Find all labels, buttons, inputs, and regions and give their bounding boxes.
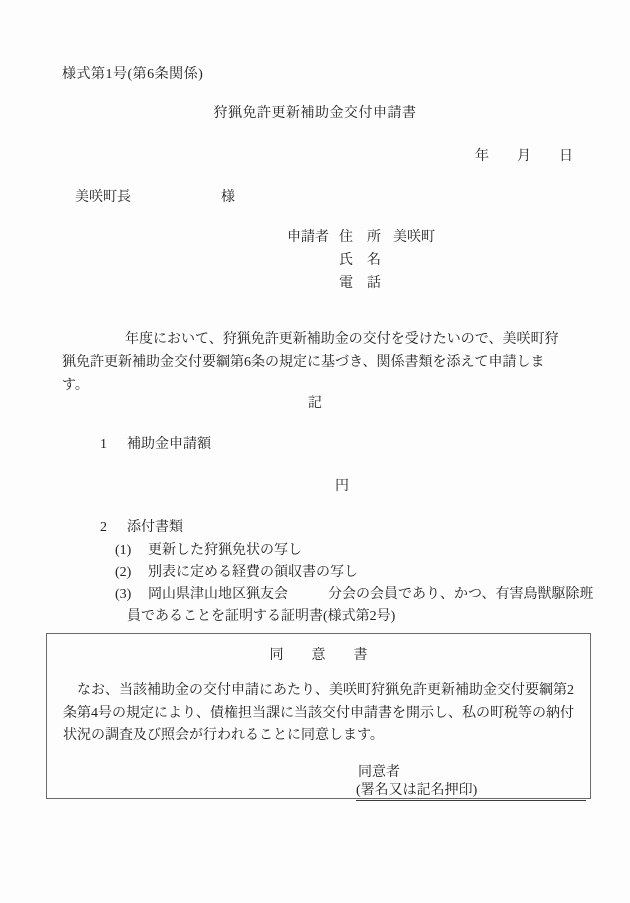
- applicant-row-phone: 電 話: [287, 272, 435, 295]
- signer-label: 同意者: [358, 761, 400, 781]
- section-label: 添付書類: [127, 520, 183, 535]
- attachment-item-3-continuation: 員であることを証明する証明書(様式第2号): [127, 605, 395, 625]
- address-field-label: 住 所: [339, 226, 393, 249]
- application-form-page: 様式第1号(第6条関係) 狩猟免許更新補助金交付申請書 年 月 日 美咲町長様 …: [0, 0, 630, 903]
- addressee-name: 美咲町長: [75, 190, 131, 205]
- section-number: 2: [100, 520, 127, 536]
- applicant-row-name: 氏 名: [287, 249, 435, 272]
- consent-title: 同 意 書: [47, 644, 590, 664]
- signature-line: (署名又は記名押印): [356, 782, 586, 801]
- consent-statement: なお、当該補助金の交付申請にあたり、美咲町狩猟免許更新補助金交付要綱第2条第4号…: [63, 680, 575, 748]
- attachment-item-2: (2)別表に定める経費の領収書の写し: [115, 561, 358, 581]
- item-number: (3): [115, 587, 148, 603]
- applicant-block: 申請者住 所美咲町 氏 名 電 話: [287, 226, 435, 295]
- document-title: 狩猟免許更新補助金交付申請書: [0, 102, 630, 122]
- applicant-row-address: 申請者住 所美咲町: [287, 226, 435, 249]
- addressee-honorific: 様: [221, 186, 235, 206]
- phone-field-label: 電 話: [339, 272, 393, 295]
- addressee-line: 美咲町長様: [75, 186, 235, 206]
- attachment-item-3: (3)岡山県津山地区猟友会分会の会員であり、かつ、有害鳥獣駆除班: [115, 583, 593, 603]
- section-number: 1: [100, 437, 127, 453]
- section-attachments: 2添付書類: [100, 516, 183, 536]
- application-statement: 年度において、狩猟免許更新補助金の交付を受けたいので、美咲町狩猟免許更新補助金交…: [62, 328, 569, 397]
- item-text-after-blank: 分会の会員であり、かつ、有害鳥獣駆除班: [328, 587, 593, 602]
- signature-caption: (署名又は記名押印): [356, 783, 477, 798]
- section-label: 補助金申請額: [127, 437, 211, 452]
- ki-heading: 記: [0, 392, 630, 412]
- address-field-value: 美咲町: [393, 230, 435, 245]
- item-number: (1): [115, 543, 148, 559]
- yen-unit-label: 円: [335, 475, 349, 495]
- item-text: 別表に定める経費の領収書の写し: [148, 565, 358, 580]
- item-text: 更新した狩猟免状の写し: [148, 543, 302, 558]
- name-field-label: 氏 名: [339, 249, 393, 272]
- applicant-label: 申請者: [287, 226, 339, 249]
- item-text-before-blank: 岡山県津山地区猟友会: [148, 587, 288, 602]
- section-subsidy-amount: 1補助金申請額: [100, 433, 211, 453]
- consent-box: 同 意 書 なお、当該補助金の交付申請にあたり、美咲町狩猟免許更新補助金交付要綱…: [46, 633, 591, 799]
- attachment-item-1: (1)更新した狩猟免状の写し: [115, 539, 302, 559]
- form-number: 様式第1号(第6条関係): [62, 63, 203, 83]
- date-fill-in-line: 年 月 日: [0, 145, 630, 165]
- item-number: (2): [115, 565, 148, 581]
